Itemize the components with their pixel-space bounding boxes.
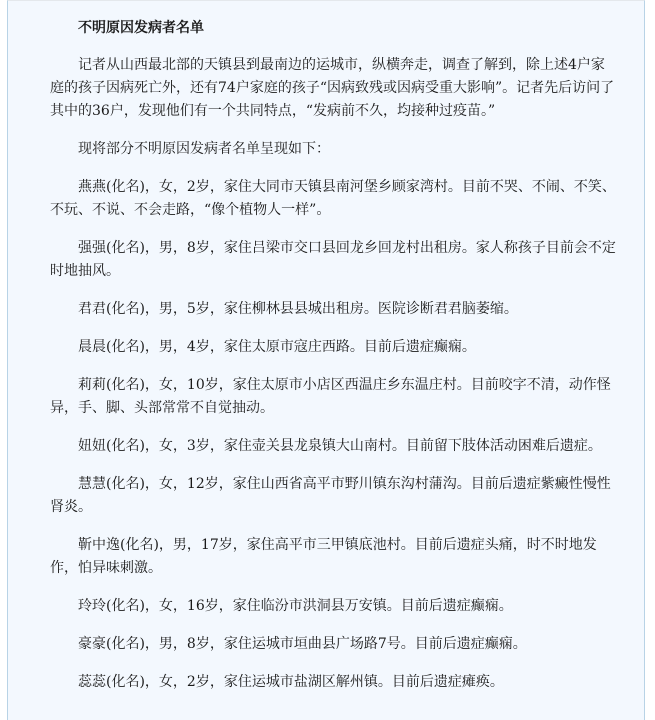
entry-paragraph: 燕燕(化名)，女，2岁，家住大同市天镇县南河堡乡顾家湾村。目前不哭、不闹、不笑、… (50, 176, 616, 222)
entry-paragraph: 玲玲(化名)，女，16岁，家住临汾市洪洞县万安镇。目前后遗症癫痫。 (50, 595, 616, 618)
lead-in-paragraph: 现将部分不明原因发病者名单呈现如下： (50, 138, 616, 161)
entry-paragraph: 靳中逸(化名)，男，17岁，家住高平市三甲镇底池村。目前后遗症头痛，时不时地发作… (50, 534, 616, 580)
intro-paragraph: 记者从山西最北部的天镇县到最南边的运城市，纵横奔走，调查了解到，除上述4户家庭的… (50, 54, 616, 123)
entry-paragraph: 蕊蕊(化名)，女，2岁，家住运城市盐湖区解州镇。目前后遗症瘫痪。 (50, 671, 616, 694)
entry-paragraph: 妞妞(化名)，女，3岁，家住壶关县龙泉镇大山南村。目前留下肢体活动困难后遗症。 (50, 435, 616, 458)
entry-paragraph: 慧慧(化名)，女，12岁，家住山西省高平市野川镇东沟村蒲沟。目前后遗症紫癜性慢性… (50, 473, 616, 519)
entry-paragraph: 晨晨(化名)，男，4岁，家住太原市寇庄西路。目前后遗症癫痫。 (50, 336, 616, 359)
section-title: 不明原因发病者名单 (50, 17, 616, 39)
entry-paragraph: 强强(化名)，男，8岁，家住吕梁市交口县回龙乡回龙村出租房。家人称孩子目前会不定… (50, 237, 616, 283)
article-body: 不明原因发病者名单 记者从山西最北部的天镇县到最南边的运城市，纵横奔走，调查了解… (50, 17, 616, 709)
entry-paragraph: 豪豪(化名)，男，8岁，家住运城市垣曲县广场路7号。目前后遗症癫痫。 (50, 633, 616, 656)
entry-paragraph: 莉莉(化名)，女，10岁，家住太原市小店区西温庄乡东温庄村。目前咬字不清，动作怪… (50, 374, 616, 420)
entry-paragraph: 君君(化名)，男，5岁，家住柳林县县城出租房。医院诊断君君脑萎缩。 (50, 298, 616, 321)
article-panel: 不明原因发病者名单 记者从山西最北部的天镇县到最南边的运城市，纵横奔走，调查了解… (7, 0, 645, 720)
